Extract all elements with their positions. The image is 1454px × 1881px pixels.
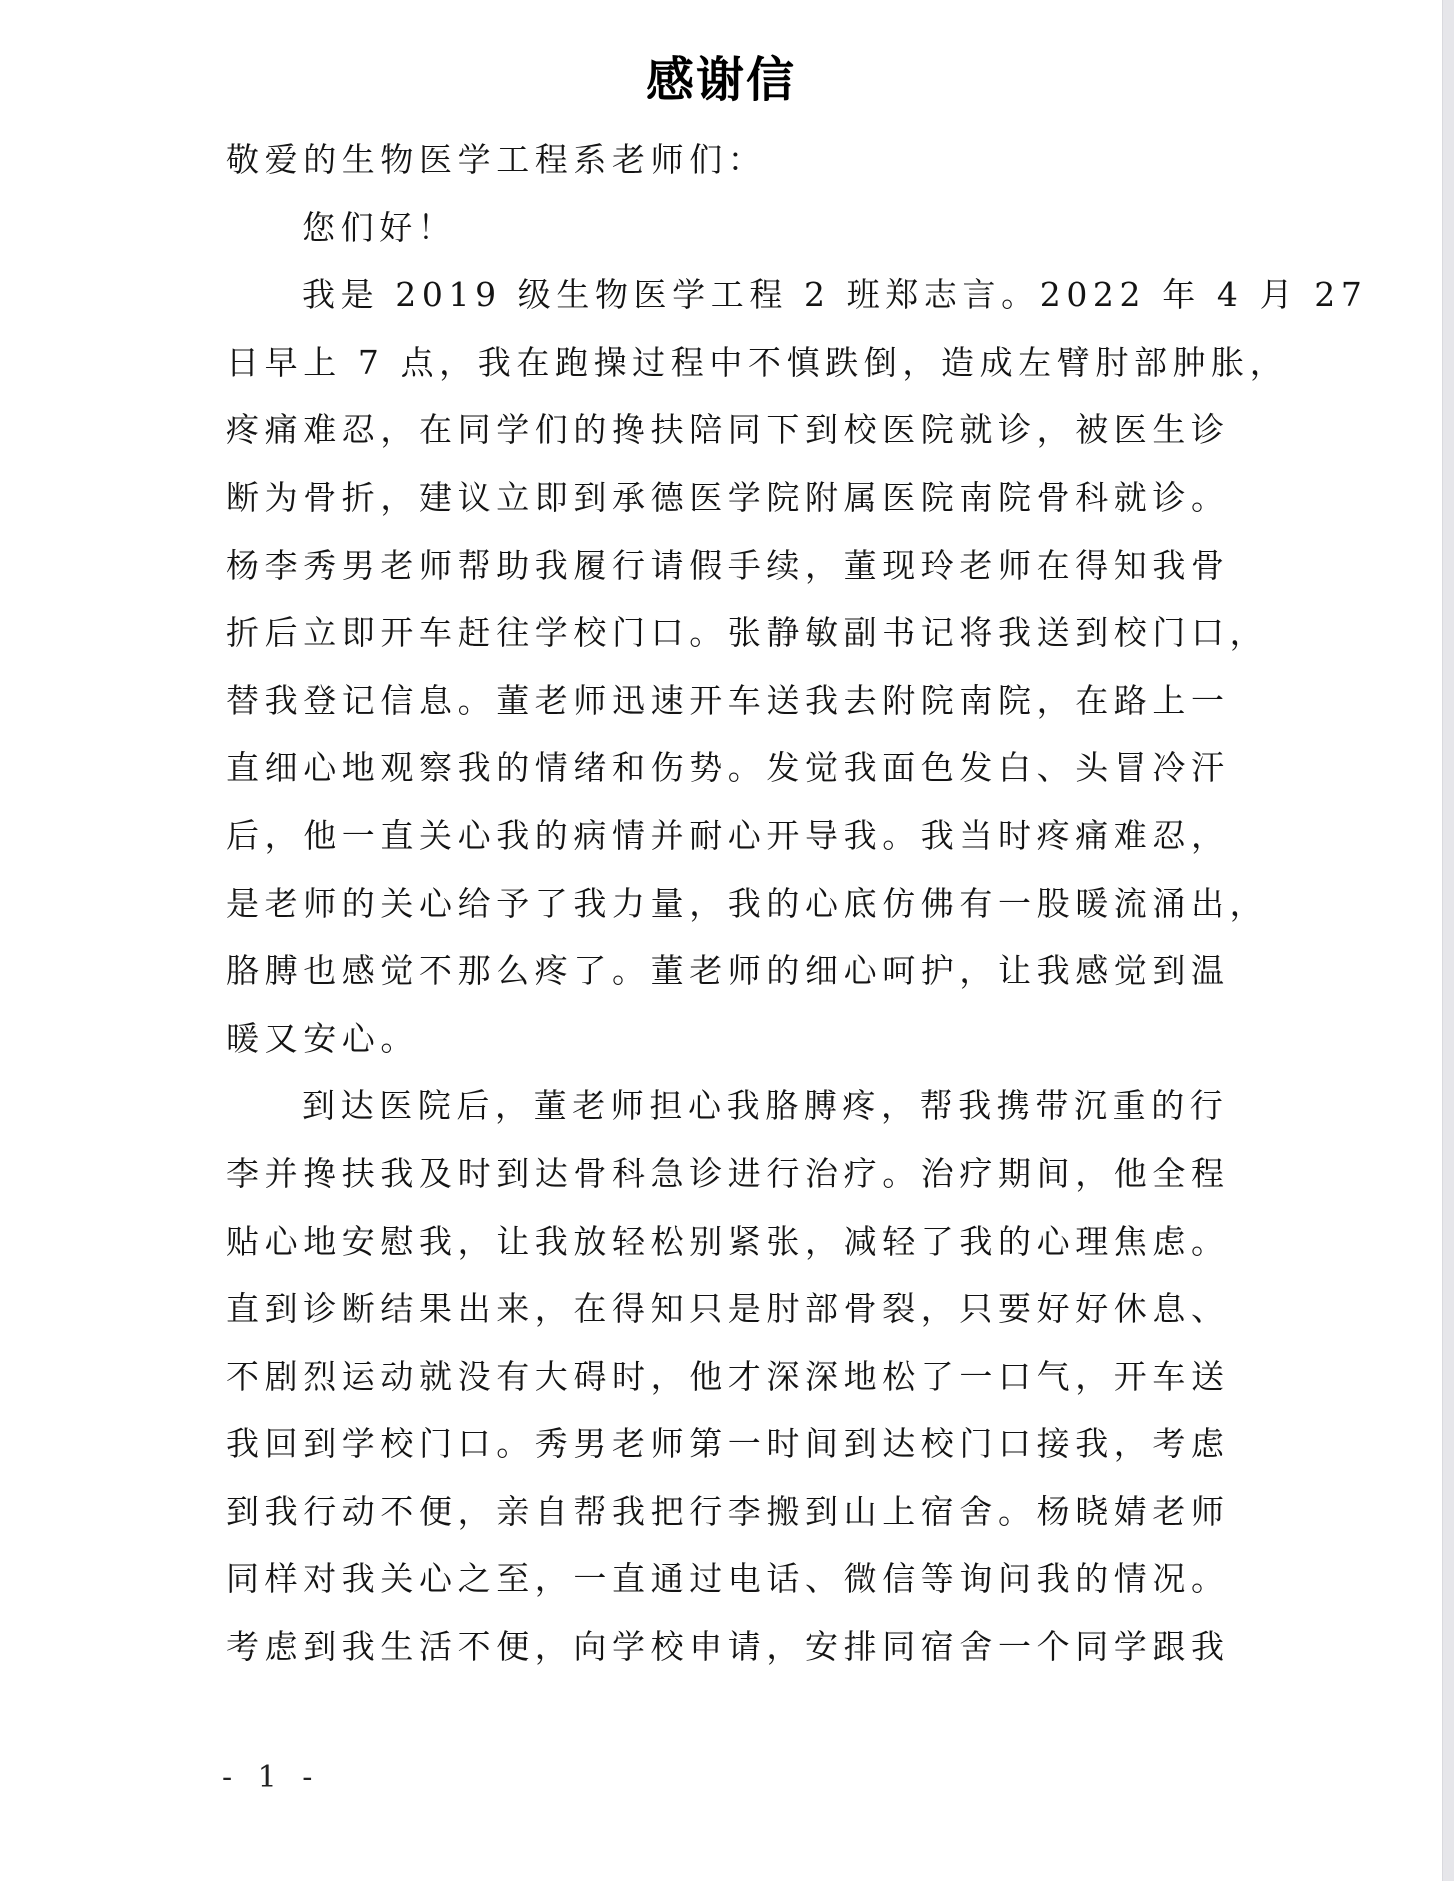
body-line: 后，他一直关心我的病情并耐心开导我。我当时疼痛难忍， [226, 802, 1236, 870]
body-line: 直到诊断结果出来，在得知只是肘部骨裂，只要好好休息、 [226, 1275, 1236, 1343]
body-line: 替我登记信息。董老师迅速开车送我去附院南院，在路上一 [226, 667, 1236, 735]
body-line: 直细心地观察我的情绪和伤势。发觉我面色发白、头冒冷汗 [226, 734, 1236, 802]
page-number: - 1 - [222, 1758, 320, 1798]
body-line: 是老师的关心给予了我力量，我的心底仿佛有一股暖流涌出， [226, 870, 1236, 938]
letter-body: 敬爱的生物医学工程系老师们： 您们好！ 我是 2019 级生物医学工程 2 班郑… [226, 126, 1236, 1681]
body-line: 折后立即开车赶往学校门口。张静敏副书记将我送到校门口， [226, 599, 1236, 667]
body-line: 杨李秀男老师帮助我履行请假手续，董现玲老师在得知我骨 [226, 532, 1236, 600]
body-line: 日早上 7 点，我在跑操过程中不慎跌倒，造成左臂肘部肿胀， [226, 329, 1236, 397]
body-line: 到我行动不便，亲自帮我把行李搬到山上宿舍。杨晓婧老师 [226, 1478, 1236, 1546]
body-line: 同样对我关心之至，一直通过电话、微信等询问我的情况。 [226, 1545, 1236, 1613]
body-line: 断为骨折，建议立即到承德医学院附属医院南院骨科就诊。 [226, 464, 1236, 532]
body-line: 胳膊也感觉不那么疼了。董老师的细心呵护，让我感觉到温 [226, 937, 1236, 1005]
document-page: 感谢信 敬爱的生物医学工程系老师们： 您们好！ 我是 2019 级生物医学工程 … [0, 0, 1442, 1881]
body-line: 我是 2019 级生物医学工程 2 班郑志言。2022 年 4 月 27 [226, 261, 1236, 329]
body-line: 不剧烈运动就没有大碍时，他才深深地松了一口气，开车送 [226, 1343, 1236, 1411]
body-line: 暖又安心。 [226, 1005, 1236, 1073]
body-line: 疼痛难忍，在同学们的搀扶陪同下到校医院就诊，被医生诊 [226, 396, 1236, 464]
body-line: 贴心地安慰我，让我放轻松别紧张，减轻了我的心理焦虑。 [226, 1208, 1236, 1276]
page-edge-scroll-strip [1442, 0, 1454, 1881]
letter-title: 感谢信 [0, 44, 1442, 116]
body-line: 考虑到我生活不便，向学校申请，安排同宿舍一个同学跟我 [226, 1613, 1236, 1681]
body-line: 我回到学校门口。秀男老师第一时间到达校门口接我，考虑 [226, 1410, 1236, 1478]
salutation: 敬爱的生物医学工程系老师们： [226, 126, 1236, 194]
body-line: 李并搀扶我及时到达骨科急诊进行治疗。治疗期间，他全程 [226, 1140, 1236, 1208]
greeting: 您们好！ [226, 194, 1236, 262]
body-line: 到达医院后，董老师担心我胳膊疼，帮我携带沉重的行 [226, 1072, 1236, 1140]
